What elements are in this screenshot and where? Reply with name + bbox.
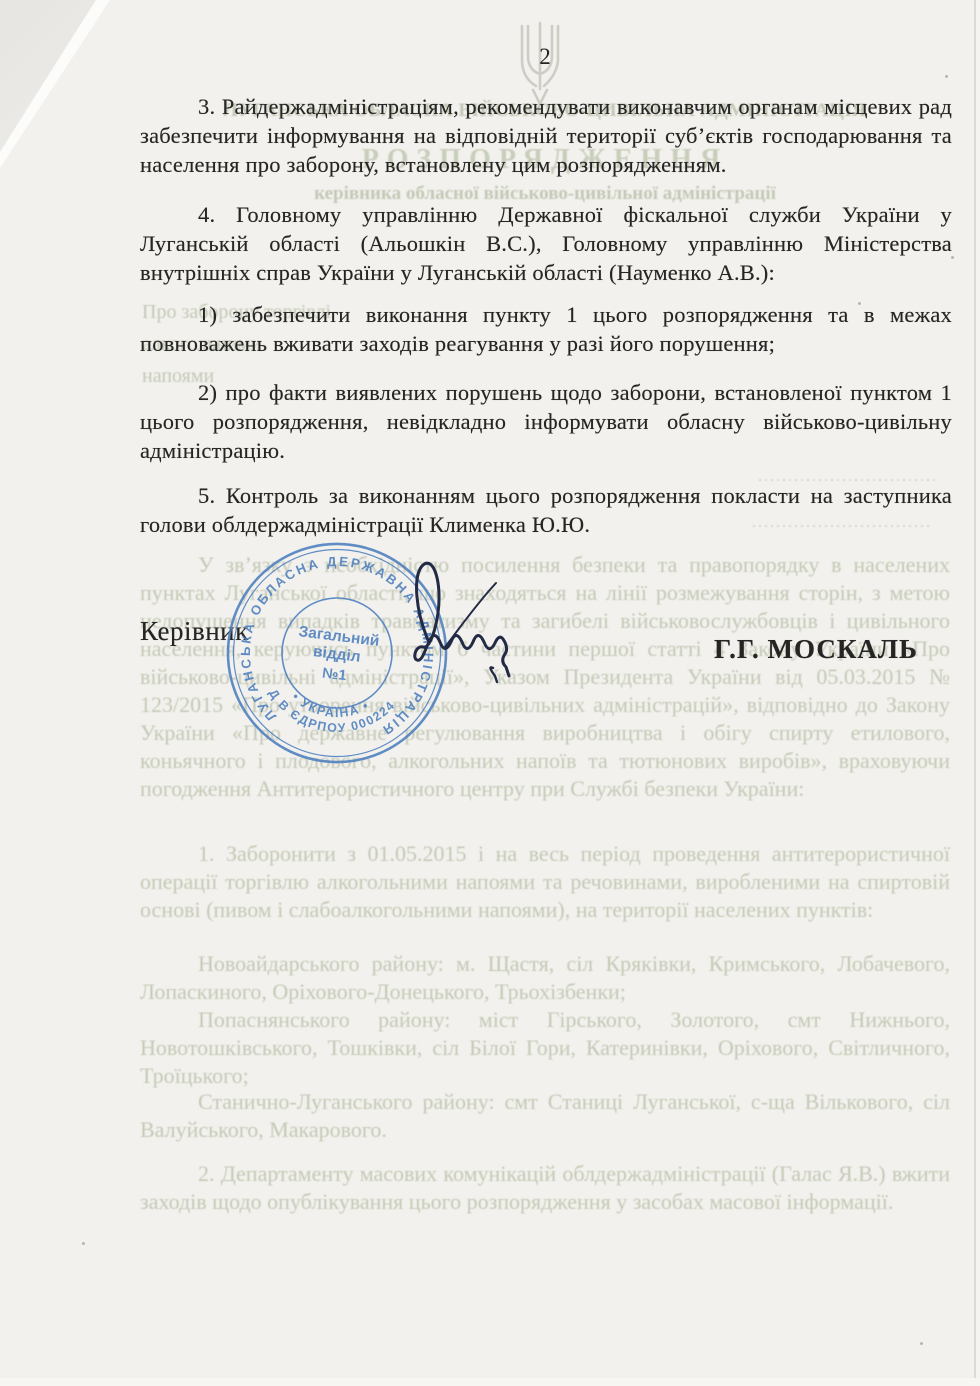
page-number: 2: [140, 44, 950, 70]
signature: [395, 550, 545, 700]
paragraph-4-item-1: 1) забезпечити виконання пункту 1 цього …: [140, 300, 952, 358]
signer-name: Г.Г. МОСКАЛЬ: [714, 634, 918, 665]
paragraph-4-item-2: 2) про факти виявлених порушень щодо заб…: [140, 378, 952, 465]
paragraph-3: 3. Райдержадміністраціям, рекомендувати …: [140, 92, 952, 179]
paragraph-4: 4. Головному управлінню Державної фіскал…: [140, 200, 952, 287]
stamp-center-line3: №1: [321, 665, 347, 684]
scanned-document-page: ЛУГАНСЬКА ОБЛАСНА ВІЙСЬКОВО-ЦИВІЛЬНА АДМ…: [0, 0, 980, 1386]
